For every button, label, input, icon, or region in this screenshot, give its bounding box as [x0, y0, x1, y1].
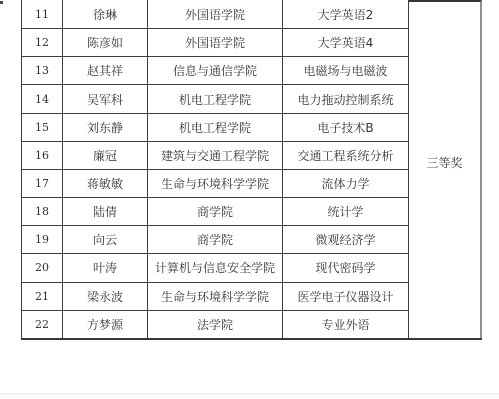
cell-college: 外国语学院 [148, 28, 283, 56]
cell-name: 陈彦如 [63, 28, 148, 56]
cell-no: 19 [22, 225, 63, 253]
cell-name: 蒋敏敏 [63, 169, 148, 197]
cell-college: 信息与通信学院 [148, 56, 283, 84]
cell-no: 11 [22, 0, 63, 28]
cell-name: 陆倩 [63, 197, 148, 225]
cell-name: 向云 [63, 225, 148, 253]
cell-no: 20 [22, 253, 63, 281]
page-root: { "table": { "rows": [ { "no": "11", "na… [0, 0, 499, 399]
cell-college: 外国语学院 [148, 0, 283, 28]
cell-course: 交通工程系统分析 [283, 141, 409, 169]
cell-name: 吴军科 [63, 84, 148, 112]
cell-course: 大学英语4 [283, 28, 409, 56]
cell-name: 刘东静 [63, 113, 148, 141]
cell-course: 专业外语 [283, 310, 409, 338]
cell-no: 18 [22, 197, 63, 225]
cell-name: 方梦源 [63, 310, 148, 338]
cell-college: 商学院 [148, 197, 283, 225]
cell-college: 商学院 [148, 225, 283, 253]
cell-course: 微观经济学 [283, 225, 409, 253]
cell-course: 大学英语2 [283, 0, 409, 28]
cell-name: 赵其祥 [63, 56, 148, 84]
cell-college: 计算机与信息安全学院 [148, 253, 283, 281]
cell-course: 现代密码学 [283, 253, 409, 281]
cell-college: 生命与环境科学学院 [148, 282, 283, 310]
awards-table: 11徐琳外国语学院大学英语212陈彦如外国语学院大学英语413赵其祥信息与通信学… [21, 0, 482, 340]
cell-no: 16 [22, 141, 63, 169]
award-label: 三等奖 [426, 154, 462, 171]
cell-college: 生命与环境科学学院 [148, 169, 283, 197]
cell-college: 机电工程学院 [148, 84, 283, 112]
cell-name: 廉冠 [63, 141, 148, 169]
table-grid: 11徐琳外国语学院大学英语212陈彦如外国语学院大学英语413赵其祥信息与通信学… [22, 0, 409, 338]
cell-name: 叶涛 [63, 253, 148, 281]
cell-no: 17 [22, 169, 63, 197]
below-page-strip [0, 394, 499, 399]
cell-course: 电磁场与电磁波 [283, 56, 409, 84]
cell-college: 机电工程学院 [148, 113, 283, 141]
cell-college: 法学院 [148, 310, 283, 338]
cell-no: 13 [22, 56, 63, 84]
cell-course: 流体力学 [283, 169, 409, 197]
cell-course: 电力拖动控制系统 [283, 84, 409, 112]
cell-course: 医学电子仪器设计 [283, 282, 409, 310]
cell-no: 22 [22, 310, 63, 338]
cell-no: 14 [22, 84, 63, 112]
crop-artifact-speck [0, 1, 3, 4]
cell-no: 21 [22, 282, 63, 310]
award-merged-cell: 三等奖 [409, 0, 482, 338]
cell-no: 12 [22, 28, 63, 56]
cell-college: 建筑与交通工程学院 [148, 141, 283, 169]
cell-no: 15 [22, 113, 63, 141]
cell-course: 电子技术B [283, 113, 409, 141]
cell-course: 统计学 [283, 197, 409, 225]
cell-name: 梁永波 [63, 282, 148, 310]
cell-name: 徐琳 [63, 0, 148, 28]
